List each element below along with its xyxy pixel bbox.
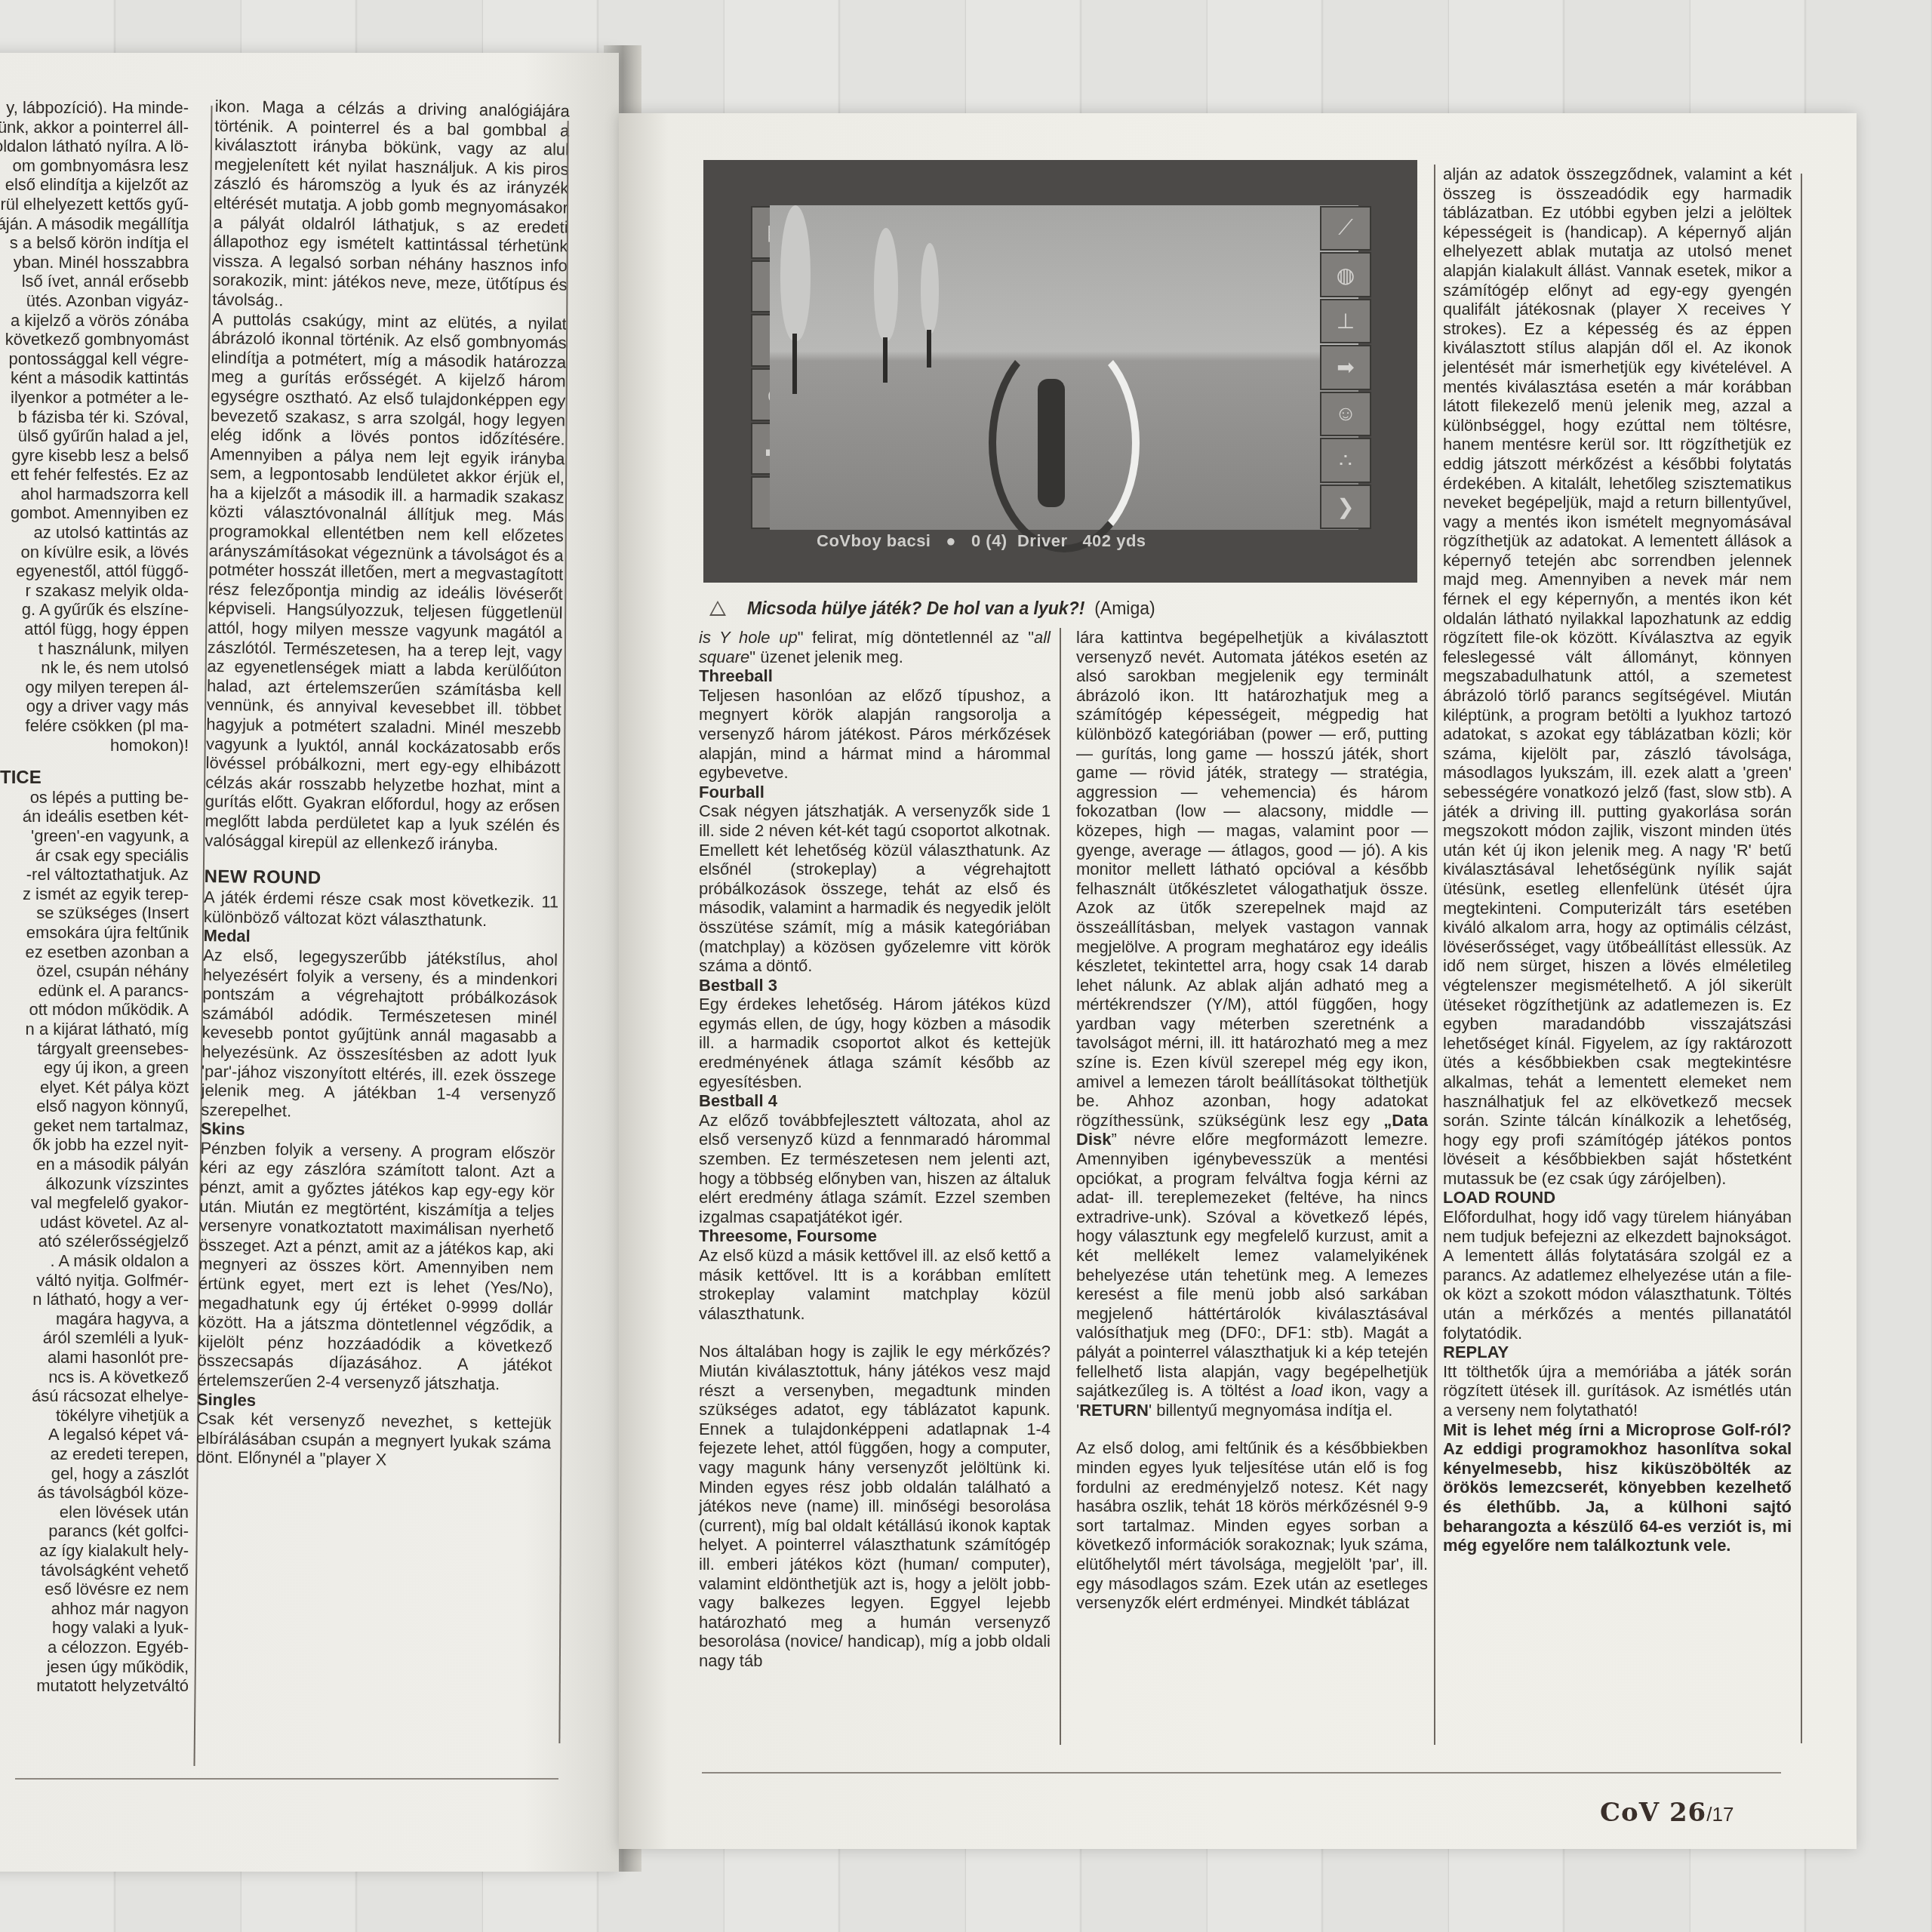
text-line: alami hasonlót pre-	[0, 1348, 189, 1367]
golf-course-view	[770, 205, 1358, 530]
right-page-column-3: alján az adatok összegződnek, valamint a…	[1443, 165, 1792, 1555]
text-line: ogy a driver vagy más	[0, 697, 189, 716]
text-line: án ideális esetben két-	[0, 807, 189, 826]
subheading-load-round: LOAD ROUND	[1443, 1188, 1792, 1207]
figure-caption: Micsoda hülye játék? De hol van a lyuk?!…	[709, 598, 1155, 619]
text-line: elen lövések után	[0, 1503, 189, 1522]
text-line: az utolsó kattintás az	[0, 523, 189, 543]
text-line: gyre kisebb lesz a belső	[0, 446, 189, 466]
page-number: /17	[1706, 1803, 1734, 1826]
game-status-bar: CoVboy bacsi ● 0 (4) Driver 402 yds	[817, 531, 1146, 551]
caption-platform: (Amiga)	[1094, 598, 1155, 618]
subheading-threeball: Threeball	[699, 666, 1051, 686]
text-line: ülső gyűrűn halad a jel,	[0, 426, 189, 446]
tee-icon: ⊥	[1320, 299, 1371, 343]
text-line: hogy valaki a lyuk-	[0, 1618, 189, 1638]
bottom-rule	[702, 1772, 1781, 1774]
text-line: álkozunk vízszintes	[0, 1174, 189, 1194]
bag-icon: ◍	[1320, 252, 1371, 297]
text-line: áról szemléli a lyuk-	[0, 1328, 189, 1348]
column-divider	[1801, 174, 1802, 1743]
paragraph: Nos általában hogy is zajlik le egy mérk…	[699, 1342, 1051, 1670]
text-line: oldalon látható nyílra. A lö-	[0, 137, 189, 156]
section-heading-fragment: TICE	[0, 768, 189, 788]
text-line: y, lábpozíció). Ha minde-	[0, 98, 189, 118]
text-line: z ismét az egyik terep-	[0, 884, 189, 904]
text-line: ők jobb ha ezzel nyit-	[0, 1135, 189, 1155]
paragraph: Teljesen hasonlóan az előző típushoz, a …	[699, 686, 1051, 783]
column-divider	[1060, 628, 1061, 1745]
text-line: váltó nyitja. Golfmér-	[0, 1271, 189, 1291]
distance: 402 yds	[1082, 531, 1146, 550]
subheading-replay: REPLAY	[1443, 1343, 1792, 1362]
text-line: tökélyre vihetjük a	[0, 1406, 189, 1426]
paragraph: Az első, legegyszerűbb játékstílus, ahol…	[201, 946, 558, 1124]
right-icon-bar: ⟋ ◍ ⊥ ➡ ☺ ∴ ❯	[1319, 205, 1372, 530]
text-line: egyenestől, attól függő-	[0, 561, 189, 581]
text-line: tünk, akkor a pointerrel áll-	[0, 118, 189, 137]
text-line: magára hagyva, a	[0, 1309, 189, 1329]
text-line: val megfelelő gyakor-	[0, 1193, 189, 1213]
text-line: lső ívet, annál erősebb	[0, 272, 189, 291]
text-line: homokon)!	[0, 736, 189, 755]
score: 0 (4)	[971, 531, 1008, 550]
golfer-icon: ☺	[1320, 392, 1371, 436]
subheading-bestball-3: Bestball 3	[699, 976, 1051, 995]
paragraph: Előfordulhat, hogy idő vagy türelem hián…	[1443, 1207, 1792, 1343]
triangle-icon	[709, 601, 726, 616]
text-line: első nagyon könnyű,	[0, 1097, 189, 1116]
text-line: ncs is. A következő	[0, 1367, 189, 1387]
text-line: felére csökken (pl ma-	[0, 716, 189, 736]
subheading-fourball: Fourball	[699, 783, 1051, 802]
tree	[921, 243, 939, 334]
text-line: g. A gyűrűk és elszíne-	[0, 600, 189, 620]
tree	[780, 205, 811, 341]
right-page-column-1: is Y hole up" felirat, míg döntetlennél …	[699, 628, 1051, 1670]
text-line: gombot. Amennyiben ez	[0, 503, 189, 523]
text-line: áján. A második megállítja	[0, 214, 189, 234]
bottom-rule	[15, 1778, 558, 1780]
text-line: geket nem tartalmaz,	[0, 1116, 189, 1136]
text-line: ár csak egy speciális	[0, 846, 189, 866]
paragraph: Egy érdekes lehetőség. Három játékos küz…	[699, 995, 1051, 1091]
paragraph: Itt tölthetők újra a memóriába a játék s…	[1443, 1362, 1792, 1420]
text-line: ató szélerősségjelző	[0, 1232, 189, 1251]
text-line: ahhoz már nagyon	[0, 1599, 189, 1619]
paragraph: A játék érdemi része csak most következi…	[204, 888, 559, 931]
paragraph: A puttolás csakúgy, mint az elütés, a ny…	[205, 309, 567, 855]
left-page-column-1-fragment: y, lábpozíció). Ha minde-tünk, akkor a p…	[0, 98, 189, 1696]
text-line: emsokára újra feltűnik	[0, 923, 189, 943]
text-line: a kijelző a vörös zónába	[0, 311, 189, 331]
golfer-figure	[1038, 379, 1065, 507]
text-line: b fázisba tér ki. Szóval,	[0, 408, 189, 427]
caption-title: Micsoda hülye játék? De hol van a lyuk?!	[747, 598, 1084, 618]
text-line: elyet. Két pálya közt	[0, 1078, 189, 1097]
text-line: edünk el. A parancs-	[0, 981, 189, 1001]
text-line: eső lövésre ez nem	[0, 1580, 189, 1599]
text-line: első elindítja a kijelzőt az	[0, 175, 189, 195]
text-line: pontossággal kell végre-	[0, 349, 189, 369]
page-footer: CoV 26/17	[1600, 1798, 1734, 1828]
text-line: egy új ikon, a green	[0, 1058, 189, 1078]
text-line: ilyenkor a potméter a le-	[0, 388, 189, 408]
text-line: az eredeti terepen,	[0, 1444, 189, 1464]
text-line: ahol harmadszorra kell	[0, 485, 189, 504]
paragraph: Csak négyen játszhatják. A versenyzők si…	[699, 801, 1051, 975]
right-chevron-icon: ❯	[1320, 485, 1371, 529]
subheading-threesome-foursome: Threesome, Foursome	[699, 1226, 1051, 1246]
text-line: ás távolságból köze-	[0, 1483, 189, 1503]
text-line: ású rácsozat elhelye-	[0, 1386, 189, 1406]
subheading-bestball-4: Bestball 4	[699, 1091, 1051, 1111]
text-line: rül elhelyezett kettős gyű-	[0, 195, 189, 214]
paragraph: Az első dolog, ami feltűnik és a későbbi…	[1076, 1438, 1428, 1612]
paragraph: Az előző továbbfejlesztett változata, ah…	[699, 1111, 1051, 1227]
tree-trunk	[792, 334, 797, 394]
text-line: os lépés a putting be-	[0, 788, 189, 808]
tree-trunk	[883, 337, 888, 383]
text-line: udást követel. Az al-	[0, 1213, 189, 1232]
right-page-column-2: lára kattintva begépelhetjük a kiválaszt…	[1076, 628, 1428, 1613]
text-line: on kívülre esik, a lövés	[0, 543, 189, 562]
text-line: t használunk, milyen	[0, 639, 189, 659]
paragraph: alján az adatok összegződnek, valamint a…	[1443, 165, 1792, 1188]
paragraph: Pénzben folyik a verseny. A program elős…	[197, 1139, 555, 1395]
text-line: parancs (két golfci-	[0, 1521, 189, 1541]
text-line: az így kialakult hely-	[0, 1541, 189, 1561]
issue-label: CoV 26	[1600, 1798, 1706, 1828]
column-divider	[1434, 165, 1435, 1745]
text-line: a célozzon. Egyéb-	[0, 1638, 189, 1657]
paragraph: ikon. Maga a célzás a driving analógiájá…	[212, 97, 570, 314]
text-line: n a kijárat látható, míg	[0, 1020, 189, 1039]
text-line: se szükséges (Insert	[0, 903, 189, 923]
text-line: ként a második kattintás	[0, 368, 189, 388]
tree-trunk	[927, 330, 931, 368]
text-line: ogy milyen terepen ál-	[0, 678, 189, 697]
text-line: attól függ, hogy éppen	[0, 620, 189, 639]
text-line: . A másik oldalon a	[0, 1251, 189, 1271]
tree	[874, 228, 898, 341]
text-line: ez esetben azonban a	[0, 943, 189, 962]
text-line: távolságként vehető	[0, 1561, 189, 1580]
text-line: r szakasz melyik olda-	[0, 581, 189, 601]
paragraph: Az első küzd a másik kettővel ill. az el…	[699, 1246, 1051, 1323]
text-line: következő gombnyomást	[0, 330, 189, 349]
text-line: tárgyalt greensebes-	[0, 1039, 189, 1059]
text-line: yban. Minél hosszabbra	[0, 253, 189, 272]
right-arrow-icon: ➡	[1320, 345, 1371, 389]
club-icon: ⟋	[1320, 206, 1371, 251]
text-line: mutatott helyzetváltó	[0, 1676, 189, 1696]
game-screenshot: ▤ ♞ ◎ ▬ ❮ ⟋ ◍ ⊥ ➡ ☺ ∴ ❯ CoVboy bacsi ● 0…	[703, 160, 1417, 583]
left-page-column-2: ikon. Maga a célzás a driving analógiájá…	[196, 97, 570, 1472]
paragraph: lára kattintva begépelhetjük a kiválaszt…	[1076, 628, 1428, 1420]
feet-icon: ∴	[1320, 438, 1371, 482]
text-line: A legalsó képet vá-	[0, 1425, 189, 1444]
text-line: s a belső körön indítja el	[0, 233, 189, 253]
text-line: om gombnyomásra lesz	[0, 156, 189, 176]
text-line: gel, hogy a zászlót	[0, 1464, 189, 1484]
text-line: ütés. Azonban vigyáz-	[0, 291, 189, 311]
paragraph: Csak két versenyző nevezhet, s kettejük …	[196, 1409, 552, 1472]
paragraph: is Y hole up" felirat, míg döntetlennél …	[699, 628, 1051, 666]
text-line: ett fehér felfestés. Ez az	[0, 465, 189, 485]
player-name: CoVboy bacsi	[817, 531, 931, 550]
text-line: 'green'-en vagyunk, a	[0, 826, 189, 846]
text-line: ott módon működik. A	[0, 1000, 189, 1020]
text-line: jesen úgy működik,	[0, 1657, 189, 1677]
club-name: Driver	[1017, 531, 1068, 550]
text-line: özel, csupán néhány	[0, 961, 189, 981]
text-line: nk le, és nem utolsó	[0, 658, 189, 678]
text-line: en a második pályán	[0, 1155, 189, 1174]
conclusion-paragraph: Mit is lehet még írni a Microprose Golf-…	[1443, 1420, 1792, 1555]
text-line: n látható, hogy a ver-	[0, 1290, 189, 1309]
text-line: -rel változtathatjuk. Az	[0, 865, 189, 884]
